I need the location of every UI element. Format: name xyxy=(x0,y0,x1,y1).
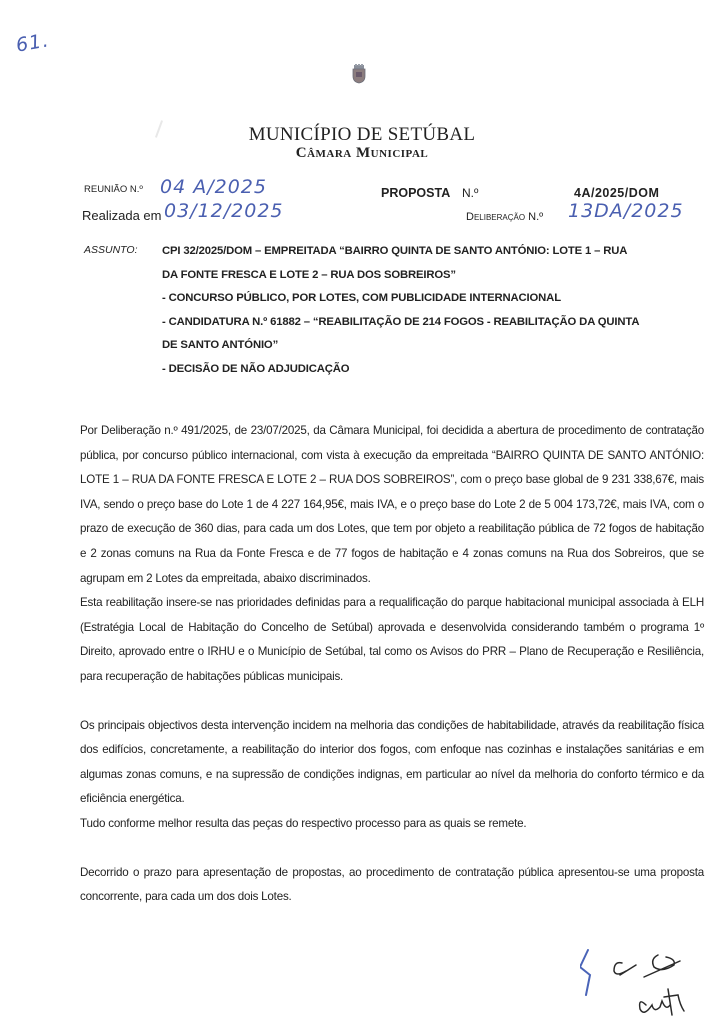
municipal-crest-icon xyxy=(352,64,366,84)
body-paragraph-deliberation: Por Deliberação n.º 491/2025, de 23/07/2… xyxy=(80,419,704,591)
body-paragraph-proposals: Decorrido o prazo para apresentação de p… xyxy=(80,861,704,910)
municipality-title: MUNICÍPIO DE SETÚBAL xyxy=(0,124,724,146)
assunto-line: DA FONTE FRESCA E LOTE 2 – RUA DOS SOBRE… xyxy=(162,264,682,288)
reuniao-label: REUNIÃO N.º xyxy=(84,184,143,195)
assunto-line: - CANDIDATURA N.º 61882 – “REABILITAÇÃO … xyxy=(162,311,682,335)
assunto-line: CPI 32/2025/DOM – EMPREITADA “BAIRRO QUI… xyxy=(162,240,682,264)
body-paragraph-priorities: Esta reabilitação insere-se nas priorida… xyxy=(80,591,704,689)
signature-blue xyxy=(580,950,590,995)
deliberacao-label: Deliberação N.º xyxy=(466,211,543,223)
proposta-label: PROPOSTA xyxy=(381,186,450,200)
signature-initials-1 xyxy=(614,963,636,975)
assunto-line: - CONCURSO PÚBLICO, POR LOTES, COM PUBLI… xyxy=(162,287,682,311)
realizada-label: Realizada em xyxy=(82,208,162,223)
signature-name xyxy=(640,989,684,1015)
deliberacao-value: 13DA/2025 xyxy=(568,200,684,222)
assunto-label: ASSUNTO: xyxy=(84,244,137,256)
signature-initials-2 xyxy=(644,955,680,977)
handwritten-signatures xyxy=(580,945,710,1020)
assunto-line: - DECISÃO DE NÃO ADJUDICAÇÃO xyxy=(162,358,682,382)
proposal-body: Por Deliberação n.º 491/2025, de 23/07/2… xyxy=(80,419,704,910)
body-paragraph-reference: Tudo conforme melhor resulta das peças d… xyxy=(80,812,704,837)
proposta-number-label: N.º xyxy=(462,186,478,200)
reuniao-value: 04 A/2025 xyxy=(160,176,267,198)
municipality-subtitle: Câmara Municipal xyxy=(0,145,724,162)
assunto-subject-block: CPI 32/2025/DOM – EMPREITADA “BAIRRO QUI… xyxy=(162,240,682,381)
body-paragraph-objectives: Os principais objectivos desta intervenç… xyxy=(80,714,704,812)
assunto-line: DE SANTO ANTÓNIO” xyxy=(162,334,682,358)
proposta-number-value: 4A/2025/DOM xyxy=(574,186,659,200)
realizada-date-value: 03/12/2025 xyxy=(164,200,284,222)
handwritten-page-number: 61. xyxy=(14,29,51,56)
